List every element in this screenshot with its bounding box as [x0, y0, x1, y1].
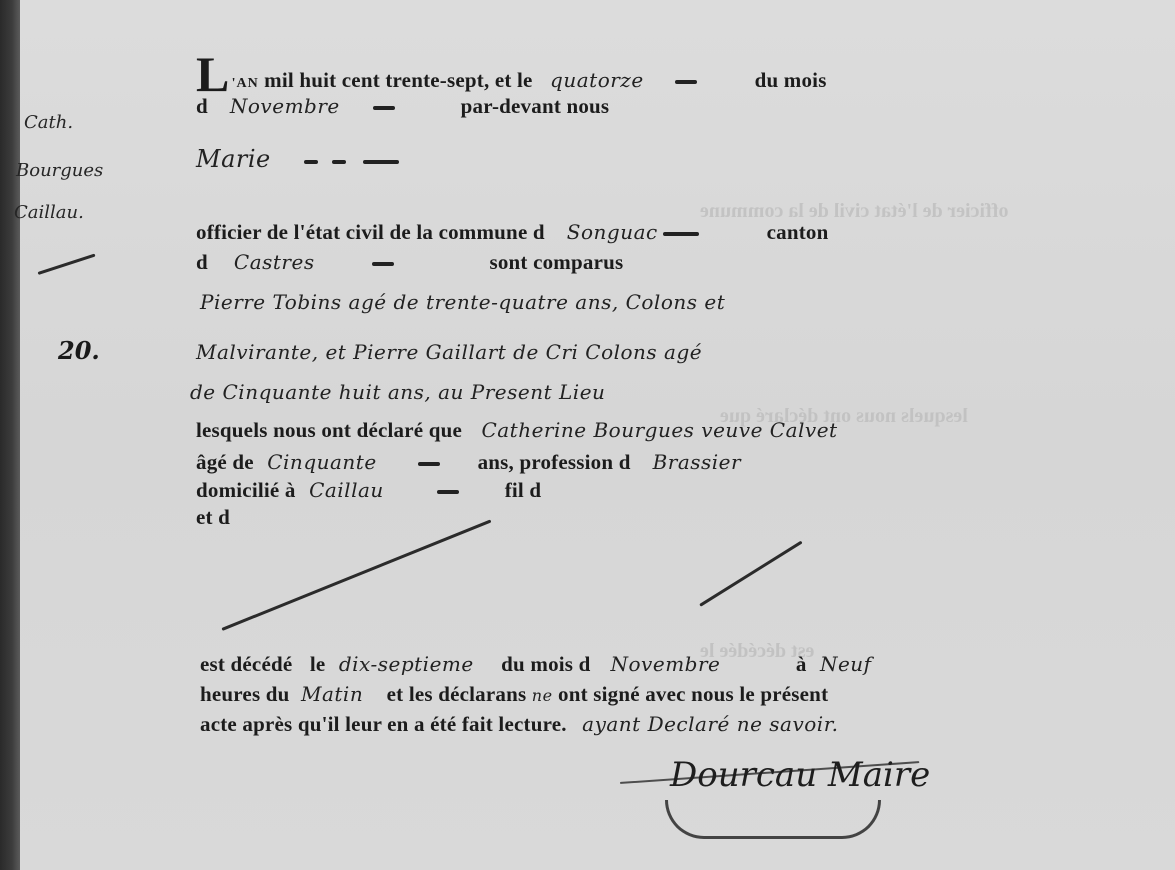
- margin-flourish: [38, 254, 96, 275]
- margin-note-line: Caillau.: [14, 202, 84, 223]
- margin-note-line: Cath.: [24, 112, 73, 133]
- field-death-day: dix-septieme: [339, 652, 474, 676]
- form-line-officer: Marie: [196, 145, 399, 173]
- field-canton: Castres: [234, 250, 315, 274]
- form-line-commune: officier de l'état civil de la commune d…: [196, 220, 829, 245]
- field-commune: Songuac: [567, 220, 658, 244]
- field-age: Cinquante: [267, 450, 376, 474]
- cancel-stroke: [699, 541, 802, 607]
- field-day: quatorze: [550, 68, 644, 92]
- binding-edge: [0, 0, 20, 870]
- form-line-declared: lesquels nous ont déclaré que Catherine …: [196, 418, 838, 443]
- field-profession: Brassier: [653, 450, 742, 474]
- form-line-month: dNovembre par-devant nous: [196, 94, 609, 119]
- form-line-year: L'AN mil huit cent trente-sept, et le qu…: [196, 54, 827, 94]
- record-number: 20.: [58, 336, 100, 365]
- field-time-of-day: Matin: [301, 682, 363, 706]
- witness-line: Pierre Tobins agé de trente-quatre ans, …: [200, 290, 725, 314]
- signature-paraph: [665, 800, 881, 839]
- mayor-signature: Dourcau Maire: [670, 755, 930, 795]
- register-page: officier de l'état civil de la commune l…: [0, 0, 1175, 870]
- field-month: Novembre: [230, 94, 340, 118]
- field-officer: Marie: [196, 145, 271, 173]
- margin-note-line: Bourgues: [16, 160, 103, 181]
- form-line-death-date: est décédé le dix-septieme du mois dNove…: [200, 652, 872, 677]
- form-line-age: âgé de Cinquante ans, profession dBrassi…: [196, 450, 741, 475]
- cancel-stroke: [221, 519, 491, 630]
- field-death-hour: Neuf: [820, 652, 872, 676]
- field-declarants-note: ne: [532, 686, 553, 705]
- form-line-reading: acte après qu'il leur en a été fait lect…: [200, 712, 838, 737]
- form-line-domicile: domicilié à Caillau fil d: [196, 478, 541, 503]
- witness-line: de Cinquante huit ans, au Present Lieu: [190, 380, 605, 404]
- form-line-hours: heures du Matin et les déclarans ne ont …: [200, 682, 828, 707]
- form-line-parents: et d: [196, 505, 230, 530]
- field-death-month: Novembre: [611, 652, 721, 676]
- witness-line: Malvirante, et Pierre Gaillart de Cri Co…: [196, 340, 702, 364]
- field-closing-note: ayant Declaré ne savoir.: [582, 712, 838, 736]
- field-domicile: Caillau: [309, 478, 384, 502]
- field-deceased-name: Catherine Bourgues veuve Calvet: [481, 418, 837, 442]
- form-line-canton: dCastres sont comparus: [196, 250, 623, 275]
